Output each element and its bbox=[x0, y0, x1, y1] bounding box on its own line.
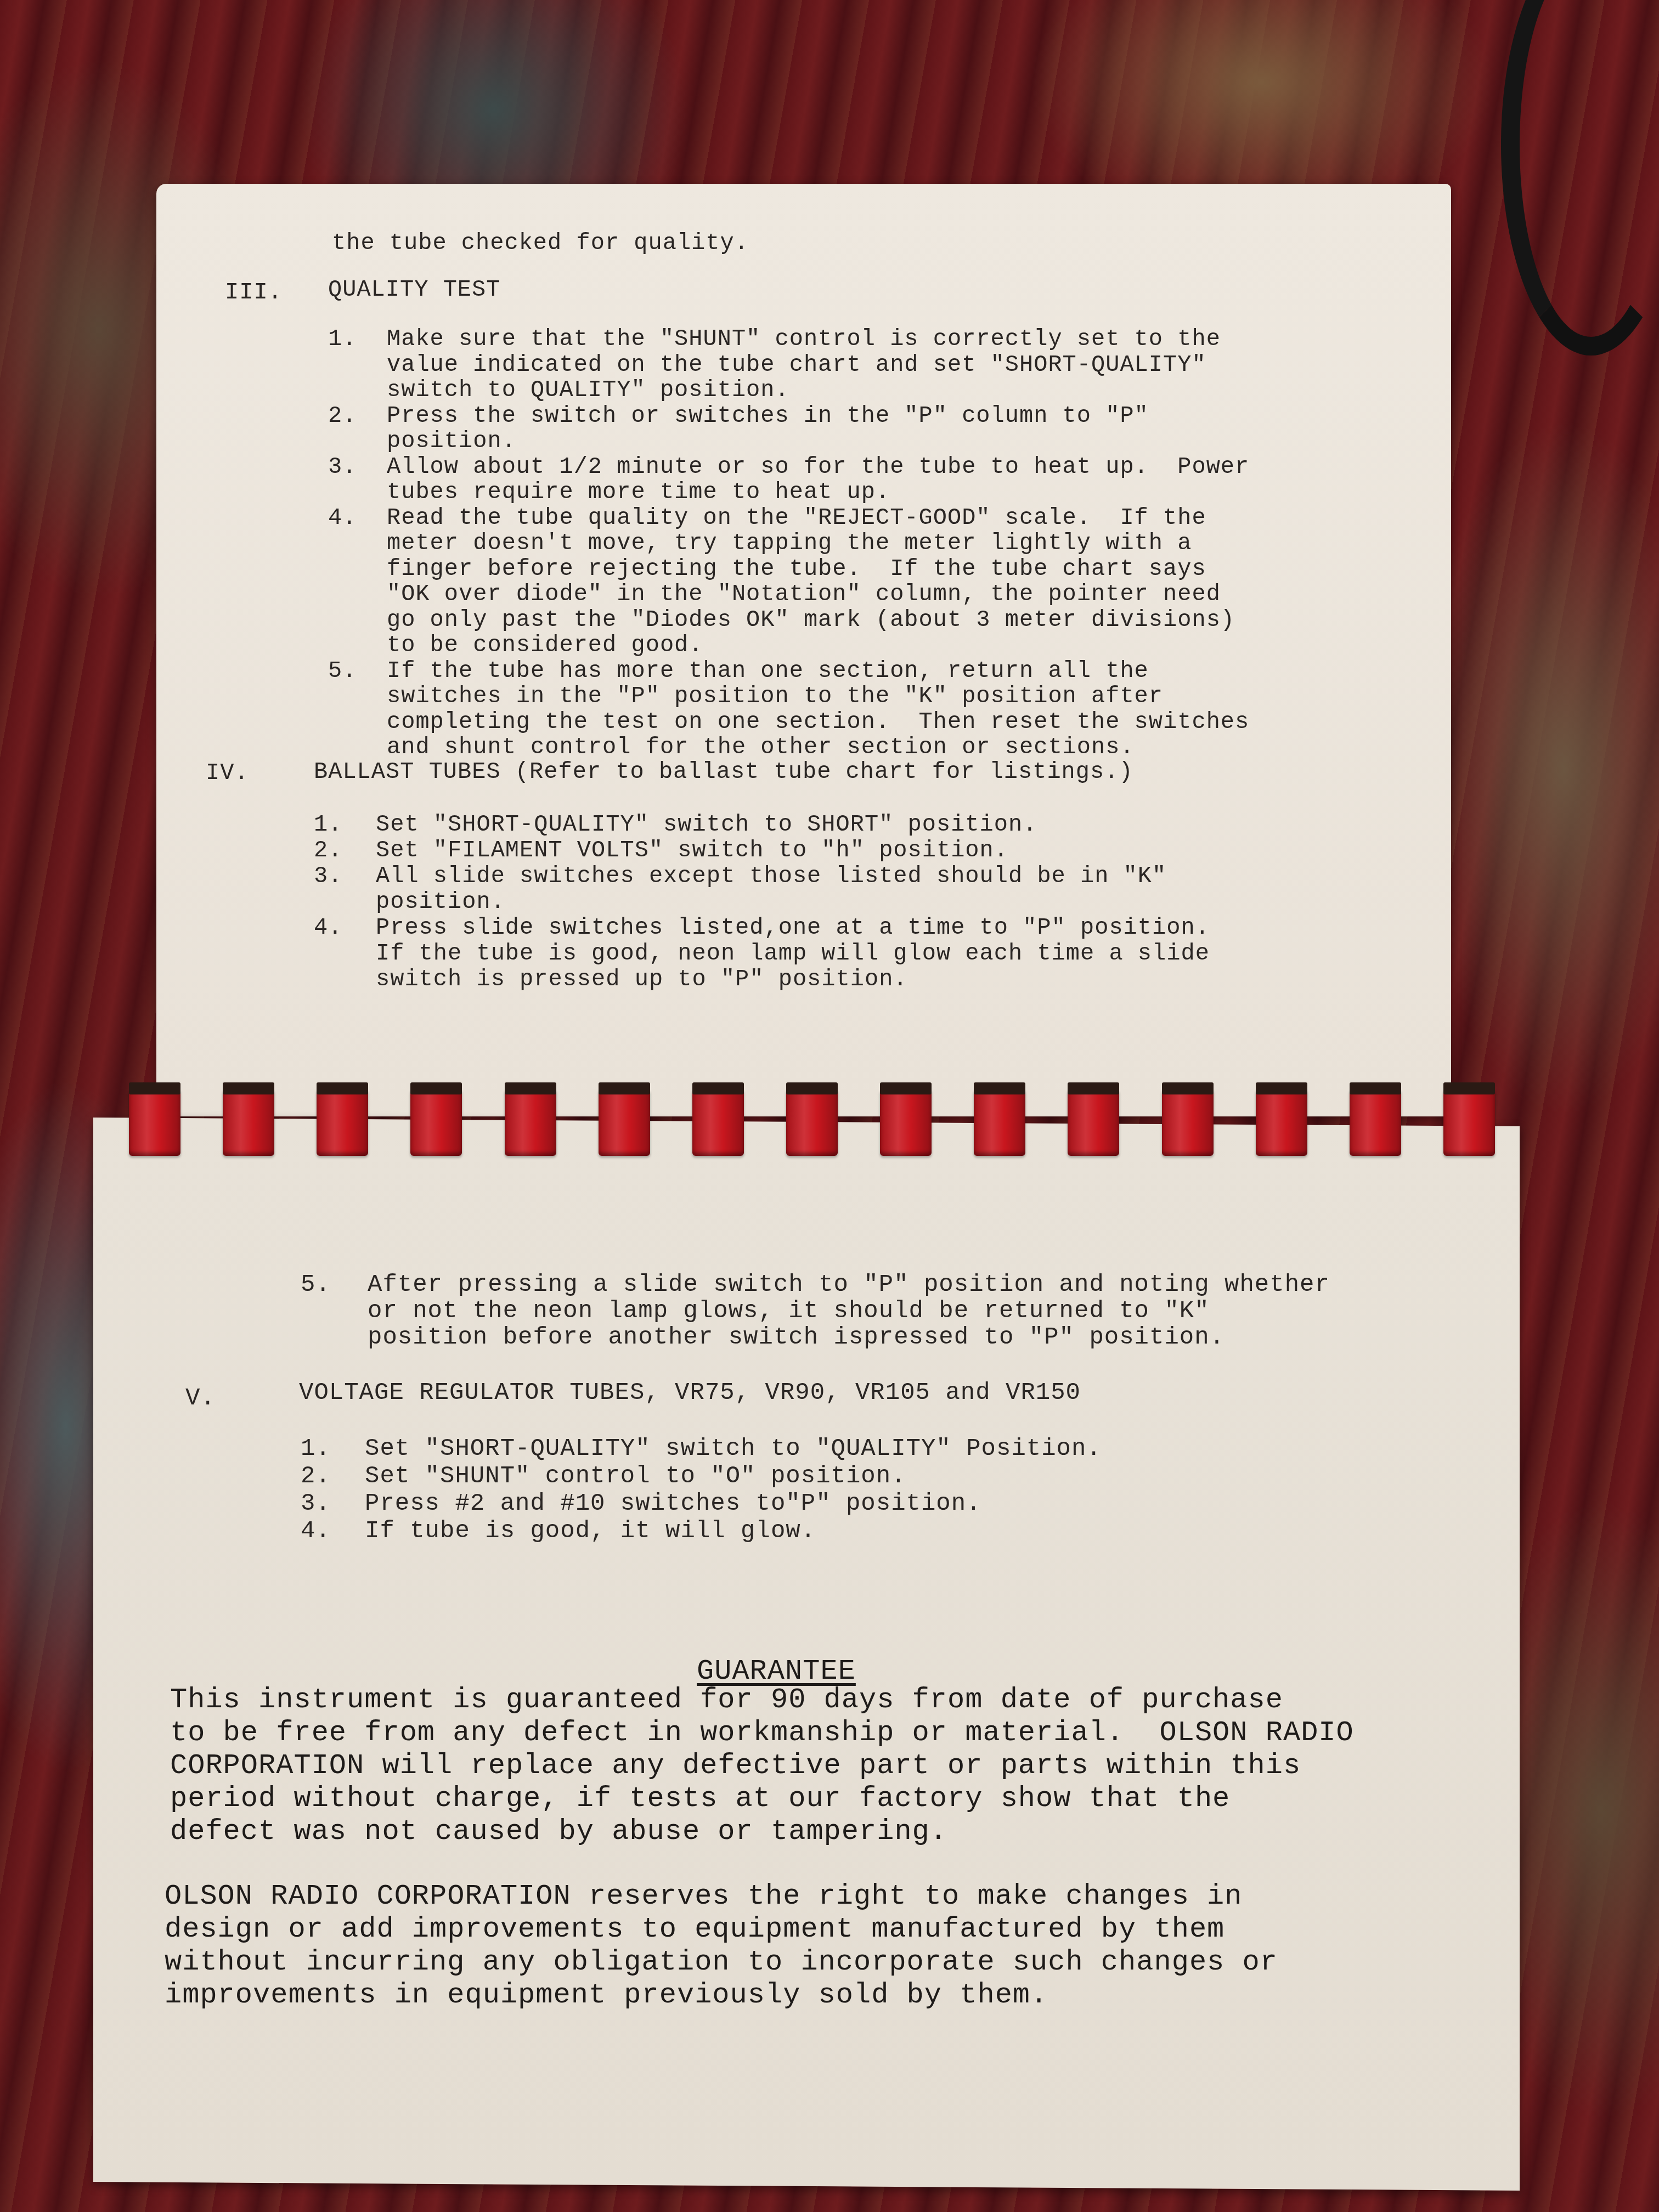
list-item-line: position. bbox=[387, 428, 516, 454]
list-item-number: 1. bbox=[301, 1436, 331, 1462]
list-item-line: Allow about 1/2 minute or so for the tub… bbox=[387, 454, 1249, 479]
list-item-line: tubes require more time to heat up. bbox=[387, 479, 890, 505]
list-item-number: 2. bbox=[314, 838, 342, 863]
list-item-line: go only past the "Diodes OK" mark (about… bbox=[387, 607, 1235, 633]
paragraph-line: This instrument is guaranteed for 90 day… bbox=[170, 1684, 1283, 1716]
list-item-line: switches in the "P" position to the "K" … bbox=[387, 684, 1163, 709]
paragraph-line: improvements in equipment previously sol… bbox=[165, 1979, 1048, 2011]
paragraph-line: without incurring any obligation to inco… bbox=[165, 1946, 1278, 1978]
binding-ring bbox=[1068, 1089, 1119, 1156]
binding-ring bbox=[1350, 1089, 1401, 1156]
paragraph-line: defect was not caused by abuse or tamper… bbox=[170, 1816, 947, 1848]
list-item-line: Read the tube quality on the "REJECT-GOO… bbox=[387, 505, 1206, 531]
paragraph-line: to be free from any defect in workmanshi… bbox=[170, 1717, 1354, 1749]
section-iii-numeral: III. bbox=[225, 280, 283, 305]
list-item-number: 1. bbox=[314, 812, 342, 837]
list-item-number: 4. bbox=[314, 915, 342, 940]
list-item-line: If the tube has more than one section, r… bbox=[387, 658, 1149, 684]
binding-ring bbox=[1443, 1089, 1495, 1156]
binding-ring bbox=[1162, 1089, 1214, 1156]
list-item-line: Press the switch or switches in the "P" … bbox=[387, 403, 1149, 428]
black-cable bbox=[1501, 0, 1659, 356]
list-item-number: 4. bbox=[328, 505, 357, 531]
list-item-number: 2. bbox=[328, 403, 357, 428]
list-item-line: After pressing a slide switch to "P" pos… bbox=[368, 1272, 1330, 1298]
binding-ring bbox=[599, 1089, 650, 1156]
comb-binding bbox=[129, 1089, 1495, 1166]
list-item-number: 5. bbox=[328, 658, 357, 684]
binding-ring bbox=[505, 1089, 556, 1156]
list-item-line: value indicated on the tube chart and se… bbox=[387, 352, 1206, 377]
list-item-line: finger before rejecting the tube. If the… bbox=[387, 556, 1206, 582]
list-item-number: 4. bbox=[301, 1518, 331, 1544]
list-item-line: Press #2 and #10 switches to"P" position… bbox=[365, 1491, 981, 1517]
binding-ring bbox=[410, 1089, 462, 1156]
paragraph-line: OLSON RADIO CORPORATION reserves the rig… bbox=[165, 1881, 1243, 1912]
list-item-line: or not the neon lamp glows, it should be… bbox=[368, 1298, 1210, 1324]
list-item-line: Set "SHORT-QUALITY" switch to SHORT" pos… bbox=[376, 812, 1037, 837]
list-item-number: 3. bbox=[328, 454, 357, 479]
binding-ring bbox=[974, 1089, 1025, 1156]
list-item-number: 3. bbox=[301, 1491, 331, 1517]
section-v-title: VOLTAGE REGULATOR TUBES, VR75, VR90, VR1… bbox=[299, 1380, 1081, 1406]
list-item-number: 2. bbox=[301, 1463, 331, 1489]
list-item-line: Set "SHORT-QUALITY" switch to "QUALITY" … bbox=[365, 1436, 1102, 1462]
paragraph-line: period without charge, if tests at our f… bbox=[170, 1783, 1230, 1815]
list-item-line: meter doesn't move, try tapping the mete… bbox=[387, 531, 1192, 556]
binding-ring bbox=[317, 1089, 368, 1156]
list-item-line: Set "FILAMENT VOLTS" switch to "h" posit… bbox=[376, 838, 1008, 863]
section-iii-title: QUALITY TEST bbox=[328, 277, 500, 302]
list-item-line: If tube is good, it will glow. bbox=[365, 1518, 816, 1544]
binding-ring bbox=[786, 1089, 838, 1156]
binding-ring bbox=[880, 1089, 932, 1156]
continuation-text: the tube checked for quality. bbox=[332, 230, 749, 256]
list-item-line: Set "SHUNT" control to "O" position. bbox=[365, 1463, 906, 1489]
list-item-number: 5. bbox=[301, 1272, 331, 1298]
list-item-line: "OK over diode" in the "Notation" column… bbox=[387, 582, 1221, 607]
binding-ring bbox=[223, 1089, 274, 1156]
list-item-line: All slide switches except those listed s… bbox=[376, 864, 1166, 889]
binding-ring bbox=[129, 1089, 180, 1156]
list-item-line: Press slide switches listed,one at a tim… bbox=[376, 915, 1210, 940]
paragraph-line: CORPORATION will replace any defective p… bbox=[170, 1750, 1301, 1782]
list-item-line: switch to QUALITY" position. bbox=[387, 377, 789, 403]
list-item-line: completing the test on one section. Then… bbox=[387, 709, 1249, 735]
section-v-numeral: V. bbox=[185, 1385, 216, 1412]
list-item-line: to be considered good. bbox=[387, 633, 703, 658]
list-item-line: switch is pressed up to "P" position. bbox=[376, 967, 908, 992]
binding-ring bbox=[1256, 1089, 1307, 1156]
guarantee-heading: GUARANTEE bbox=[697, 1656, 856, 1688]
section-iv-numeral: IV. bbox=[206, 760, 249, 786]
list-item-line: position before another switch ispressed… bbox=[368, 1324, 1224, 1351]
list-item-line: position. bbox=[376, 889, 505, 915]
list-item-line: Make sure that the "SHUNT" control is co… bbox=[387, 326, 1221, 352]
section-iv-title: BALLAST TUBES (Refer to ballast tube cha… bbox=[314, 759, 1133, 785]
binding-ring bbox=[692, 1089, 744, 1156]
list-item-number: 1. bbox=[328, 326, 357, 352]
list-item-line: and shunt control for the other section … bbox=[387, 735, 1135, 760]
list-item-number: 3. bbox=[314, 864, 342, 889]
paragraph-line: design or add improvements to equipment … bbox=[165, 1914, 1224, 1945]
list-item-line: If the tube is good, neon lamp will glow… bbox=[376, 941, 1210, 966]
